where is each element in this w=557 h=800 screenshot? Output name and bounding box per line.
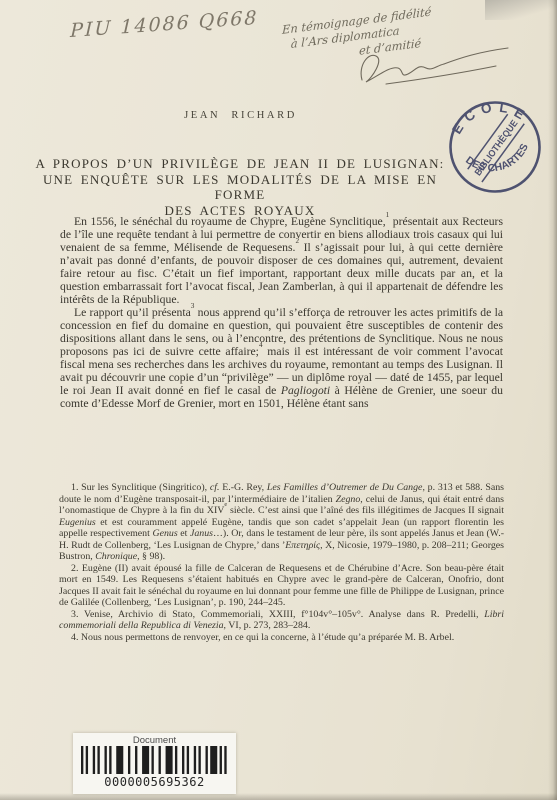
article-body: En 1556, le sénéchal du royaume de Chypr…	[60, 215, 503, 410]
author-name: JEAN RICHARD	[18, 110, 463, 121]
footnote-1: 1. Sur les Synclitique (Singritico), cf.…	[59, 482, 504, 563]
handwritten-shelfmark: PIU 14086 Q668	[70, 6, 270, 42]
paragraph: En 1556, le sénéchal du royaume de Chypr…	[60, 215, 503, 306]
footnote-4: 4. Nous nous permettons de renvoyer, en …	[59, 632, 504, 644]
barcode	[81, 746, 229, 774]
paragraph: Le rapport qu’il présenta3 nous apprend …	[60, 306, 503, 410]
barcode-label: Document 0000005695362	[73, 733, 236, 794]
article-title: A PROPOS D’UN PRIVILÈGE DE JEAN II DE LU…	[16, 156, 464, 218]
barcode-bars	[81, 746, 227, 774]
barcode-number: 0000005695362	[104, 775, 204, 789]
title-line: UNE ENQUÊTE SUR LES MODALITÉS DE LA MISE…	[16, 172, 464, 203]
page-bottom-edge-shadow	[0, 793, 557, 800]
scanned-document-page: PIU 14086 Q668 En témoignage de fidélité…	[0, 0, 557, 800]
handwritten-signature	[356, 40, 511, 88]
footnotes: 1. Sur les Synclitique (Singritico), cf.…	[59, 482, 504, 643]
footnote-2: 2. Eugène (II) avait épousé la fille de …	[59, 563, 504, 609]
footnote-3: 3. Venise, Archivio di Stato, Commemoria…	[59, 609, 504, 632]
library-stamp: BIBLIOTHÈQUE ECOLE DES CHARTES	[445, 97, 545, 197]
barcode-caption: Document	[133, 735, 176, 746]
page-right-edge-shadow	[548, 0, 557, 800]
title-line: A PROPOS D’UN PRIVILÈGE DE JEAN II DE LU…	[16, 156, 464, 172]
